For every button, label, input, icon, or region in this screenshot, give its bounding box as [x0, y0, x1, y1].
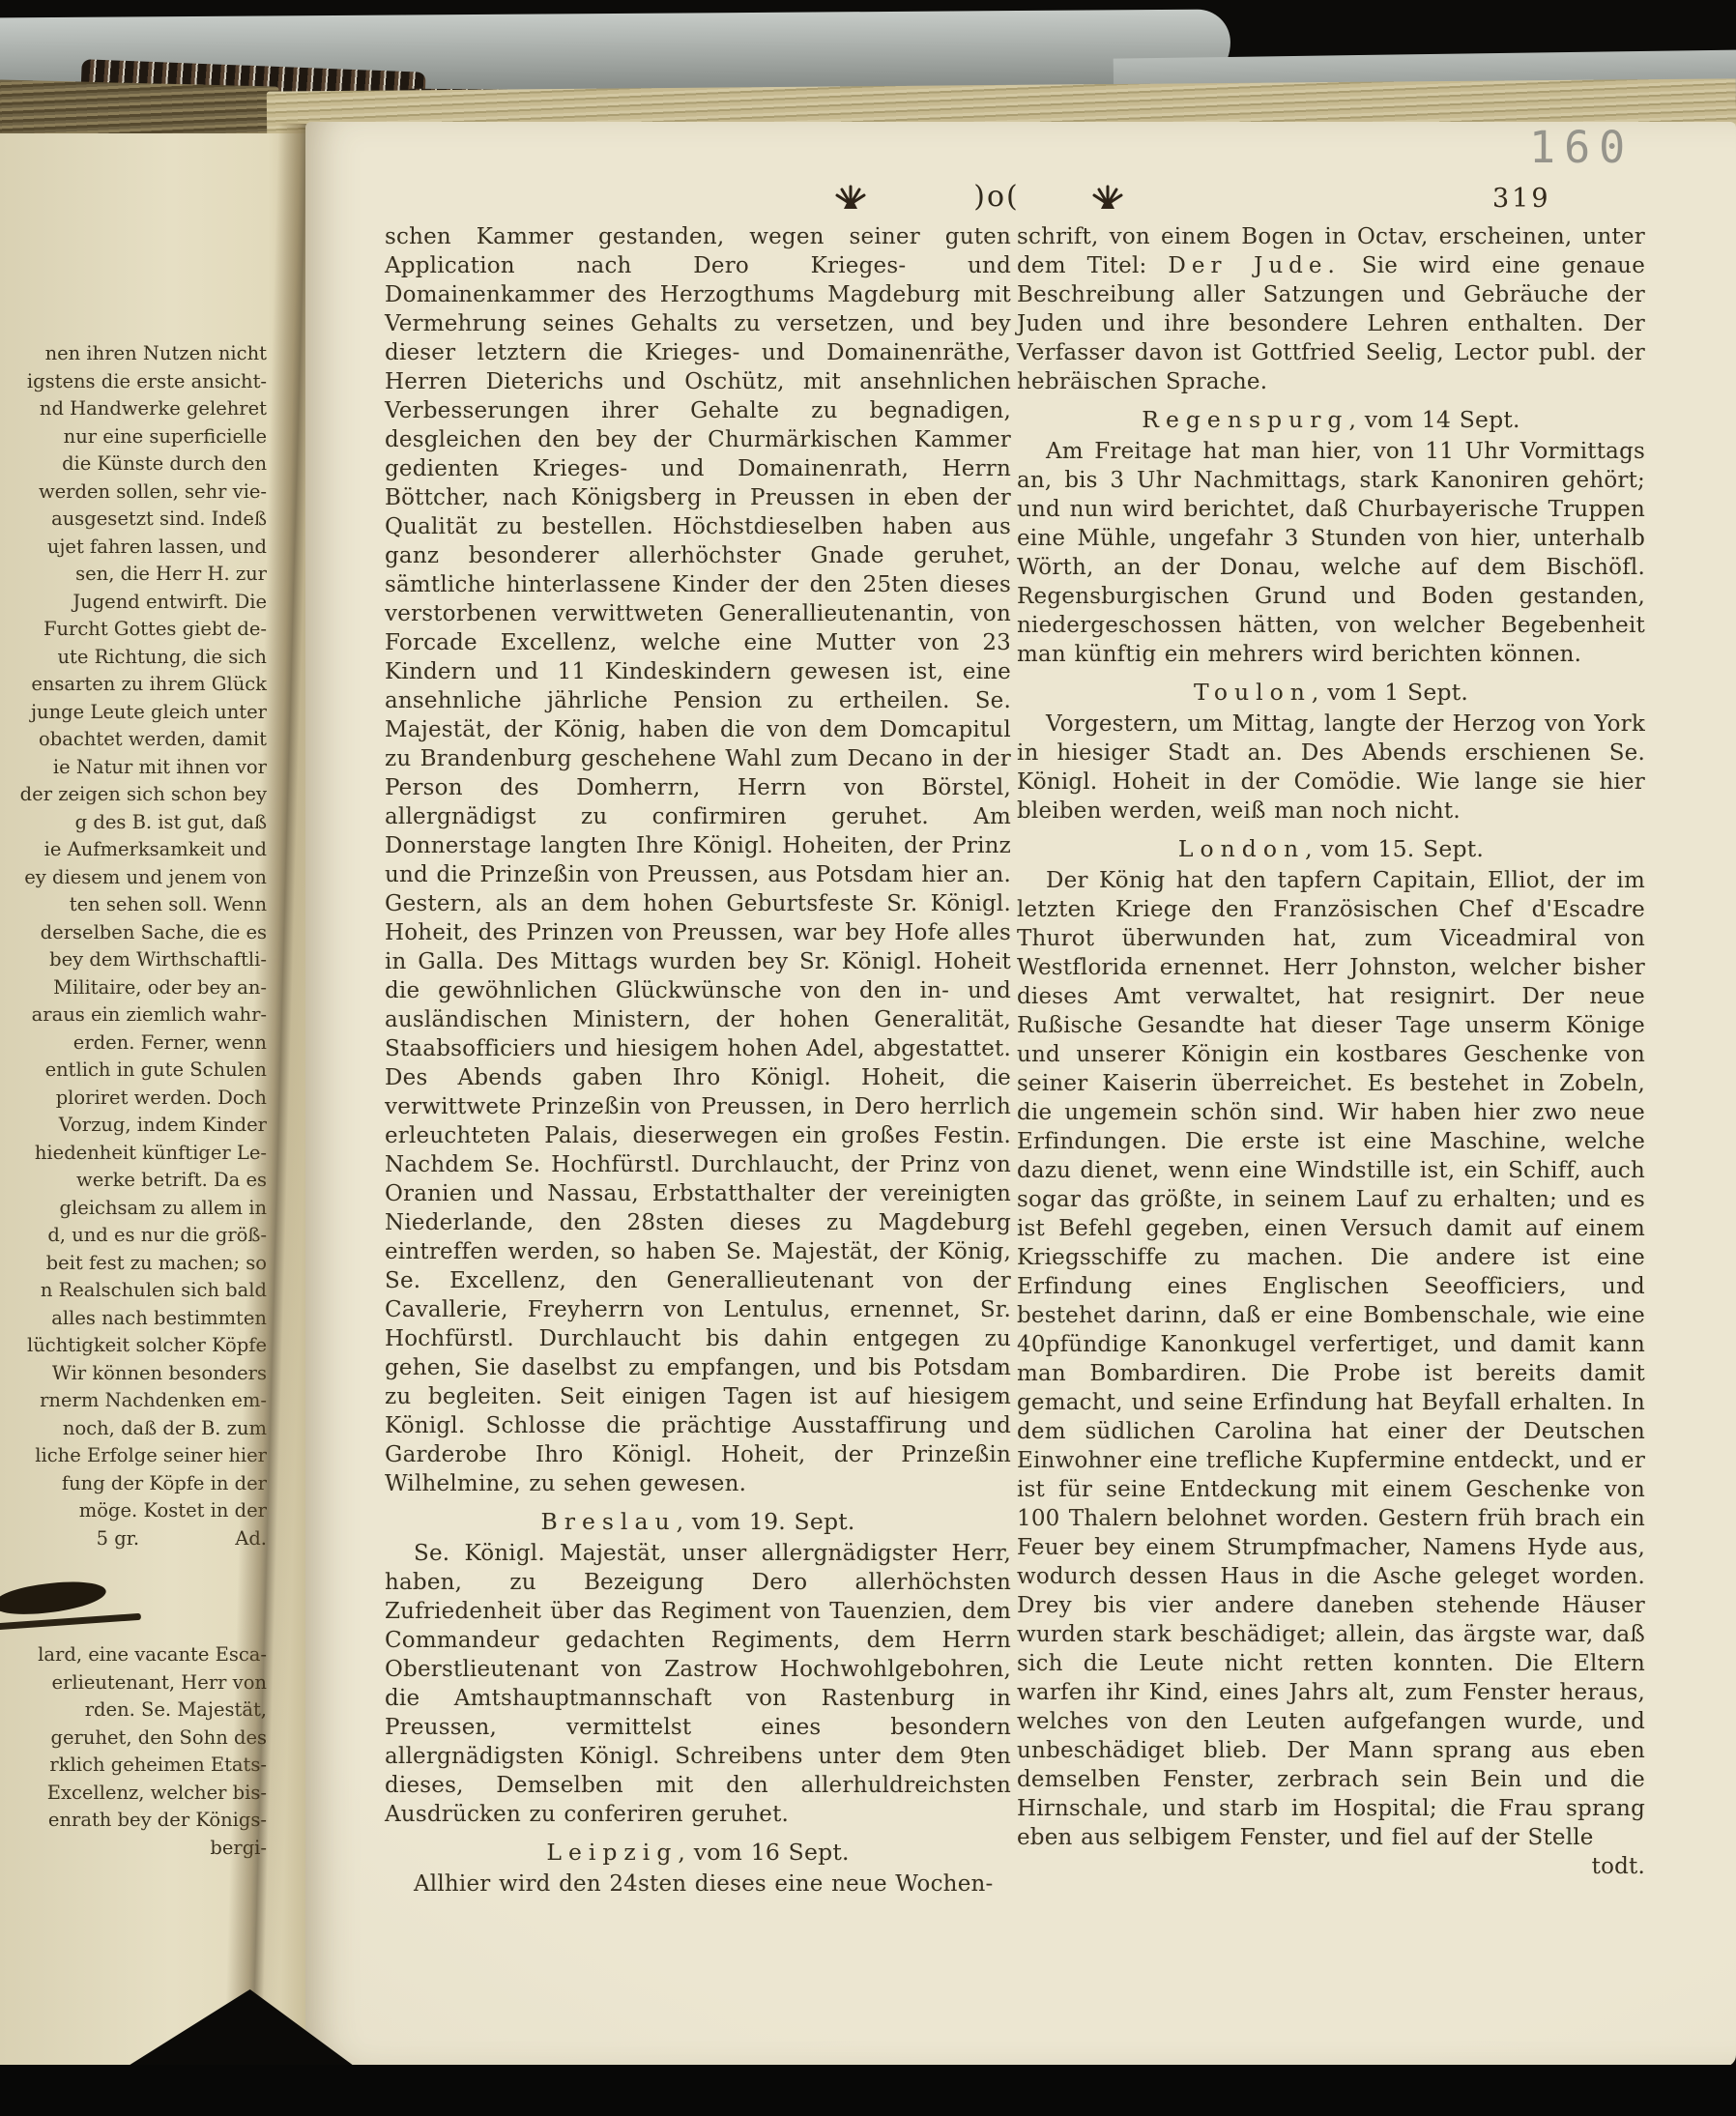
signature-mark: )o(	[943, 180, 1050, 214]
dateline-date: , vom 14 Sept.	[1348, 406, 1519, 433]
dateline-city: Breslau	[540, 1508, 676, 1535]
dateline-regenspurg: Regenspurg, vom 14 Sept.	[1017, 405, 1645, 434]
article-continuation: schen Kammer gestanden, wegen seiner gut…	[385, 222, 1011, 1498]
dateline-city: London	[1178, 835, 1305, 862]
dateline-city: Toulon	[1194, 679, 1312, 706]
dateline-leipzig: Leipzig, vom 16 Sept.	[385, 1838, 1011, 1867]
folio-stamp: 160	[1529, 122, 1634, 173]
article-text: Vorgestern, um Mittag, langte der Herzog…	[1017, 710, 1645, 826]
dateline-breslau: Breslau, vom 19. Sept.	[385, 1507, 1011, 1536]
book-title-emphasis: Der Jude.	[1168, 253, 1340, 278]
ink-smudge-line	[0, 1613, 141, 1630]
dateline-date: , vom 16 Sept.	[678, 1839, 849, 1866]
previous-page-text-top: nen ihren Nutzen nicht igstens die erste…	[0, 340, 267, 1552]
article-continuation: schrift, von einem Bogen in Octav, ersch…	[1017, 222, 1645, 396]
dateline-city: Regenspurg	[1142, 406, 1348, 433]
fleuron-ornament-left	[833, 182, 868, 211]
article-text: Der König hat den tapfern Capitain, Elli…	[1017, 866, 1645, 1852]
news-column-right: schrift, von einem Bogen in Octav, ersch…	[1017, 222, 1645, 1881]
previous-page-text-bottom: lard, eine vacante Esca- erlieutenant, H…	[0, 1641, 267, 1862]
fleuron-ornament-right	[1090, 182, 1125, 211]
dateline-london: London, vom 15. Sept.	[1017, 834, 1645, 863]
news-column-left: schen Kammer gestanden, wegen seiner gut…	[385, 222, 1011, 1899]
catchword: todt.	[1017, 1852, 1645, 1881]
article-text: Se. Königl. Majestät, unser allergnädigs…	[385, 1539, 1011, 1829]
dateline-date: , vom 19. Sept.	[677, 1508, 855, 1535]
photo-background-bottom	[0, 2065, 1736, 2116]
article-text: Am Freitage hat man hier, von 11 Uhr Vor…	[1017, 437, 1645, 669]
dateline-date: , vom 15. Sept.	[1305, 835, 1484, 862]
ink-smudge	[0, 1577, 110, 1618]
article-text: Allhier wird den 24sten dieses eine neue…	[385, 1870, 1011, 1899]
dateline-city: Leipzig	[546, 1839, 678, 1866]
dateline-toulon: Toulon, vom 1 Sept.	[1017, 678, 1645, 707]
dateline-date: , vom 1 Sept.	[1312, 679, 1468, 706]
page-number: 319	[1492, 184, 1551, 214]
book-photo: nen ihren Nutzen nicht igstens die erste…	[0, 0, 1736, 2116]
